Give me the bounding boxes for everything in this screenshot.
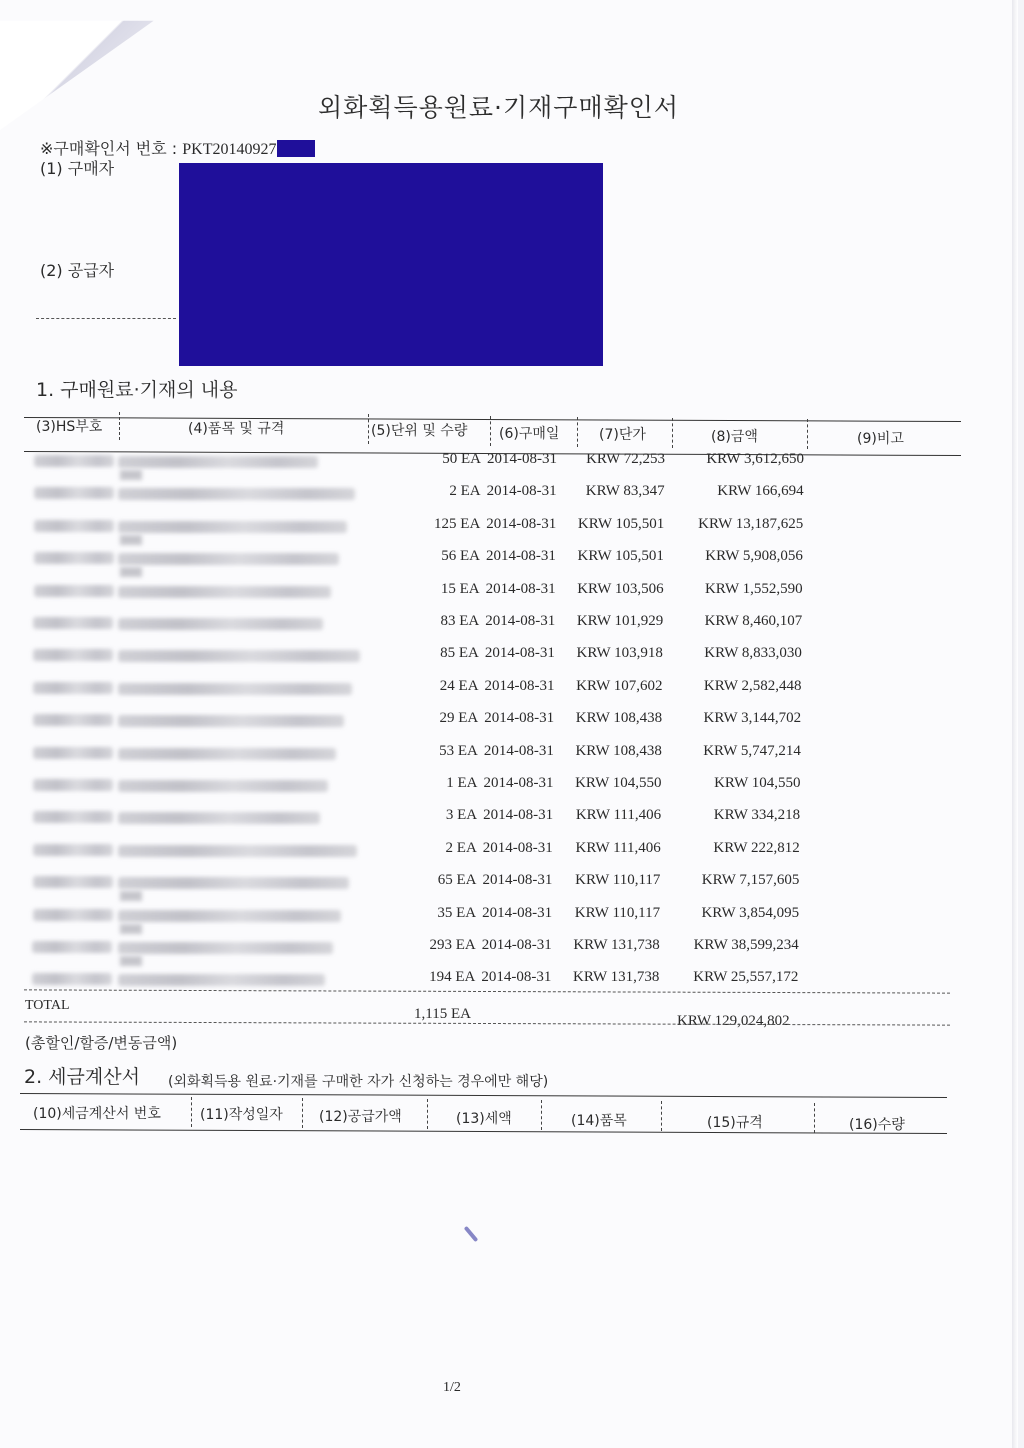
row-amount: KRW 8,460,107 (642, 613, 802, 630)
item-spec-redacted (118, 553, 339, 565)
table-row: 15 EA2014-08-31KRW 103,506KRW 1,552,590 (0, 581, 1000, 613)
row-purchase-date: 2014-08-31 (487, 451, 557, 468)
row-purchase-date: 2014-08-31 (483, 840, 553, 857)
item-spec-redacted (118, 683, 352, 695)
supplier-label: (2) 공급자 (40, 258, 114, 281)
row-amount: KRW 334,218 (640, 807, 800, 824)
row-quantity: 293 EA (396, 937, 476, 954)
table-row: 3 EA2014-08-31KRW 111,406KRW 334,218 (0, 807, 1000, 839)
table-row: 53 EA2014-08-31KRW 108,438KRW 5,747,214 (0, 743, 1000, 775)
row-amount: KRW 222,812 (640, 840, 800, 857)
tax-table-top-rule (20, 1093, 947, 1098)
hs-code-redacted (34, 487, 114, 499)
table-row: 65 EA2014-08-31KRW 110,117KRW 7,157,605 (0, 872, 1000, 904)
col-divider (302, 1098, 303, 1128)
item-spec-redacted (118, 650, 360, 662)
section1-heading: 1. 구매원료·기재의 내용 (36, 375, 237, 402)
row-amount: KRW 5,747,214 (641, 743, 801, 760)
row-purchase-date: 2014-08-31 (481, 969, 551, 986)
table-row: 2 EA2014-08-31KRW 111,406KRW 222,812 (0, 840, 1000, 872)
row-quantity: 1 EA (398, 775, 478, 792)
hs-code-redacted (33, 682, 113, 694)
discount-label: (총할인/할증/변동금액) (25, 1032, 177, 1053)
table-row: 194 EA2014-08-31KRW 131,738KRW 25,557,17… (0, 969, 1000, 1001)
item-spec-redacted (118, 910, 341, 922)
col-issue-date: (11)작성일자 (200, 1104, 283, 1124)
item-spec-redacted (118, 748, 336, 760)
item-spec-redacted (118, 877, 349, 889)
row-purchase-date: 2014-08-31 (482, 905, 552, 922)
col-purchase-date: (6)구매일 (499, 423, 559, 443)
row-quantity: 35 EA (396, 905, 476, 922)
col-item-spec: (4)품목 및 규격 (188, 418, 284, 438)
hs-code-redacted (33, 909, 113, 921)
pen-mark (464, 1226, 479, 1242)
col-divider (661, 1101, 662, 1131)
col-hs-code: (3)HS부호 (36, 416, 102, 436)
col-divider (814, 1103, 815, 1133)
hs-code-redacted (33, 747, 113, 759)
section2-note: (외화획득용 원료·기재를 구매한 자가 신청하는 경우에만 해당) (168, 1071, 548, 1091)
folded-corner (0, 0, 160, 130)
col-divider (191, 1097, 192, 1127)
item-spec-redacted-line2 (120, 567, 142, 577)
row-amount: KRW 5,908,056 (643, 548, 803, 565)
col-divider (807, 419, 808, 449)
document-page: 외화획득용원료·기재구매확인서 ※구매확인서 번호 : PKT20140927 … (0, 0, 1018, 1448)
col-tax-invoice-no: (10)세금계산서 번호 (33, 1103, 161, 1123)
row-purchase-date: 2014-08-31 (484, 710, 554, 727)
col-divider (577, 417, 578, 447)
row-amount: KRW 3,854,095 (639, 905, 799, 922)
row-quantity: 194 EA (395, 969, 475, 986)
item-spec-redacted (118, 780, 328, 792)
redaction-block-parties (179, 163, 603, 366)
table-row: 24 EA2014-08-31KRW 107,602KRW 2,582,448 (0, 678, 1000, 710)
total-amount: KRW 129,024,802 (677, 1013, 790, 1030)
col-unit-qty: (5)단위 및 수량 (371, 420, 467, 440)
row-quantity: 125 EA (400, 516, 480, 533)
total-qty: 1,115 EA (414, 1006, 471, 1023)
item-spec-redacted (118, 715, 344, 727)
col-divider (490, 416, 491, 446)
item-spec-redacted (118, 521, 347, 533)
table-row: 1 EA2014-08-31KRW 104,550KRW 104,550 (0, 775, 1000, 807)
col-quantity: (16)수량 (849, 1114, 905, 1134)
row-quantity: 53 EA (398, 743, 478, 760)
table-top-rule (24, 417, 961, 422)
row-purchase-date: 2014-08-31 (482, 872, 552, 889)
table-row: 29 EA2014-08-31KRW 108,438KRW 3,144,702 (0, 710, 1000, 742)
col-divider (119, 412, 120, 440)
row-quantity: 65 EA (396, 872, 476, 889)
row-purchase-date: 2014-08-31 (485, 645, 555, 662)
item-spec-redacted (118, 845, 357, 857)
row-purchase-date: 2014-08-31 (485, 678, 555, 695)
section2-heading: 2. 세금계산서 (24, 1062, 140, 1089)
item-spec-redacted (118, 618, 323, 630)
hs-code-redacted (34, 552, 114, 564)
table-row: 125 EA2014-08-31KRW 105,501KRW 13,187,62… (0, 516, 1000, 548)
row-quantity: 50 EA (401, 451, 481, 468)
col-amount: (8)금액 (711, 426, 758, 446)
row-quantity: 2 EA (401, 483, 481, 500)
row-purchase-date: 2014-08-31 (484, 775, 554, 792)
table-row: 56 EA2014-08-31KRW 105,501KRW 5,908,056 (0, 548, 1000, 580)
row-purchase-date: 2014-08-31 (487, 483, 557, 500)
hs-code-redacted (33, 779, 113, 791)
item-spec-redacted (118, 942, 333, 954)
row-quantity: 83 EA (399, 613, 479, 630)
col-remarks: (9)비고 (857, 428, 904, 448)
redaction-block (277, 140, 315, 157)
item-spec-redacted-line2 (120, 924, 142, 934)
row-quantity: 15 EA (400, 581, 480, 598)
row-amount: KRW 25,557,172 (638, 969, 798, 986)
item-spec-redacted-line2 (120, 956, 142, 966)
page-indicator: 1/2 (443, 1380, 461, 1396)
row-quantity: 3 EA (397, 807, 477, 824)
hs-code-redacted (33, 649, 113, 661)
item-spec-redacted-line2 (120, 470, 142, 480)
total-bottom-rule (24, 1021, 950, 1025)
row-amount: KRW 8,833,030 (642, 645, 802, 662)
hs-code-redacted (34, 585, 114, 597)
row-quantity: 85 EA (399, 645, 479, 662)
row-purchase-date: 2014-08-31 (484, 743, 554, 760)
table-row: 50 EA2014-08-31KRW 72,253KRW 3,612,650 (0, 451, 1000, 483)
table-row: 85 EA2014-08-31KRW 103,918KRW 8,833,030 (0, 645, 1000, 677)
row-amount: KRW 2,582,448 (642, 678, 802, 695)
item-spec-redacted (118, 812, 320, 824)
cert-number-value: PKT20140927 (182, 141, 276, 158)
divider (36, 318, 176, 319)
row-quantity: 2 EA (397, 840, 477, 857)
item-spec-redacted (118, 974, 325, 986)
row-amount: KRW 3,144,702 (641, 710, 801, 727)
item-spec-redacted-line2 (120, 891, 142, 901)
hs-code-redacted (33, 811, 113, 823)
row-purchase-date: 2014-08-31 (486, 581, 556, 598)
hs-code-redacted (32, 941, 112, 953)
document-title: 외화획득용원료·기재구매확인서 (318, 88, 679, 124)
item-spec-redacted-line2 (120, 535, 142, 545)
hs-code-redacted (33, 617, 113, 629)
row-purchase-date: 2014-08-31 (485, 613, 555, 630)
row-amount: KRW 166,694 (644, 483, 804, 500)
buyer-label: (1) 구매자 (40, 156, 114, 179)
col-divider (368, 414, 369, 444)
col-divider (427, 1099, 428, 1129)
tax-table-bottom-rule (20, 1129, 947, 1134)
hs-code-redacted (34, 520, 114, 532)
row-amount: KRW 7,157,605 (639, 872, 799, 889)
table-row: 35 EA2014-08-31KRW 110,117KRW 3,854,095 (0, 905, 1000, 937)
row-amount: KRW 104,550 (641, 775, 801, 792)
col-tax-amount: (13)세액 (456, 1108, 512, 1128)
table-row: 2 EA2014-08-31KRW 83,347KRW 166,694 (0, 483, 1000, 515)
hs-code-redacted (33, 844, 113, 856)
row-amount: KRW 38,599,234 (639, 937, 799, 954)
hs-code-redacted (33, 714, 113, 726)
row-amount: KRW 3,612,650 (644, 451, 804, 468)
hs-code-redacted (34, 455, 114, 467)
col-supply-value: (12)공급가액 (319, 1106, 402, 1126)
item-spec-redacted (118, 456, 318, 468)
row-quantity: 56 EA (400, 548, 480, 565)
row-quantity: 29 EA (398, 710, 478, 727)
row-purchase-date: 2014-08-31 (486, 548, 556, 565)
row-amount: KRW 13,187,625 (643, 516, 803, 533)
hs-code-redacted (33, 876, 113, 888)
item-spec-redacted (118, 488, 355, 500)
table-row: 83 EA2014-08-31KRW 101,929KRW 8,460,107 (0, 613, 1000, 645)
hs-code-redacted (32, 973, 112, 985)
table-row: 293 EA2014-08-31KRW 131,738KRW 38,599,23… (0, 937, 1000, 969)
page-edge (1012, 0, 1018, 1448)
col-unit-price: (7)단가 (599, 424, 646, 444)
col-divider (541, 1100, 542, 1130)
row-purchase-date: 2014-08-31 (482, 937, 552, 954)
row-quantity: 24 EA (399, 678, 479, 695)
col-item: (14)품목 (571, 1110, 627, 1130)
row-amount: KRW 1,552,590 (643, 581, 803, 598)
total-label: TOTAL (25, 998, 70, 1014)
item-spec-redacted (118, 586, 331, 598)
row-purchase-date: 2014-08-31 (486, 516, 556, 533)
row-purchase-date: 2014-08-31 (483, 807, 553, 824)
col-spec: (15)규격 (707, 1112, 763, 1132)
col-divider (672, 418, 673, 448)
